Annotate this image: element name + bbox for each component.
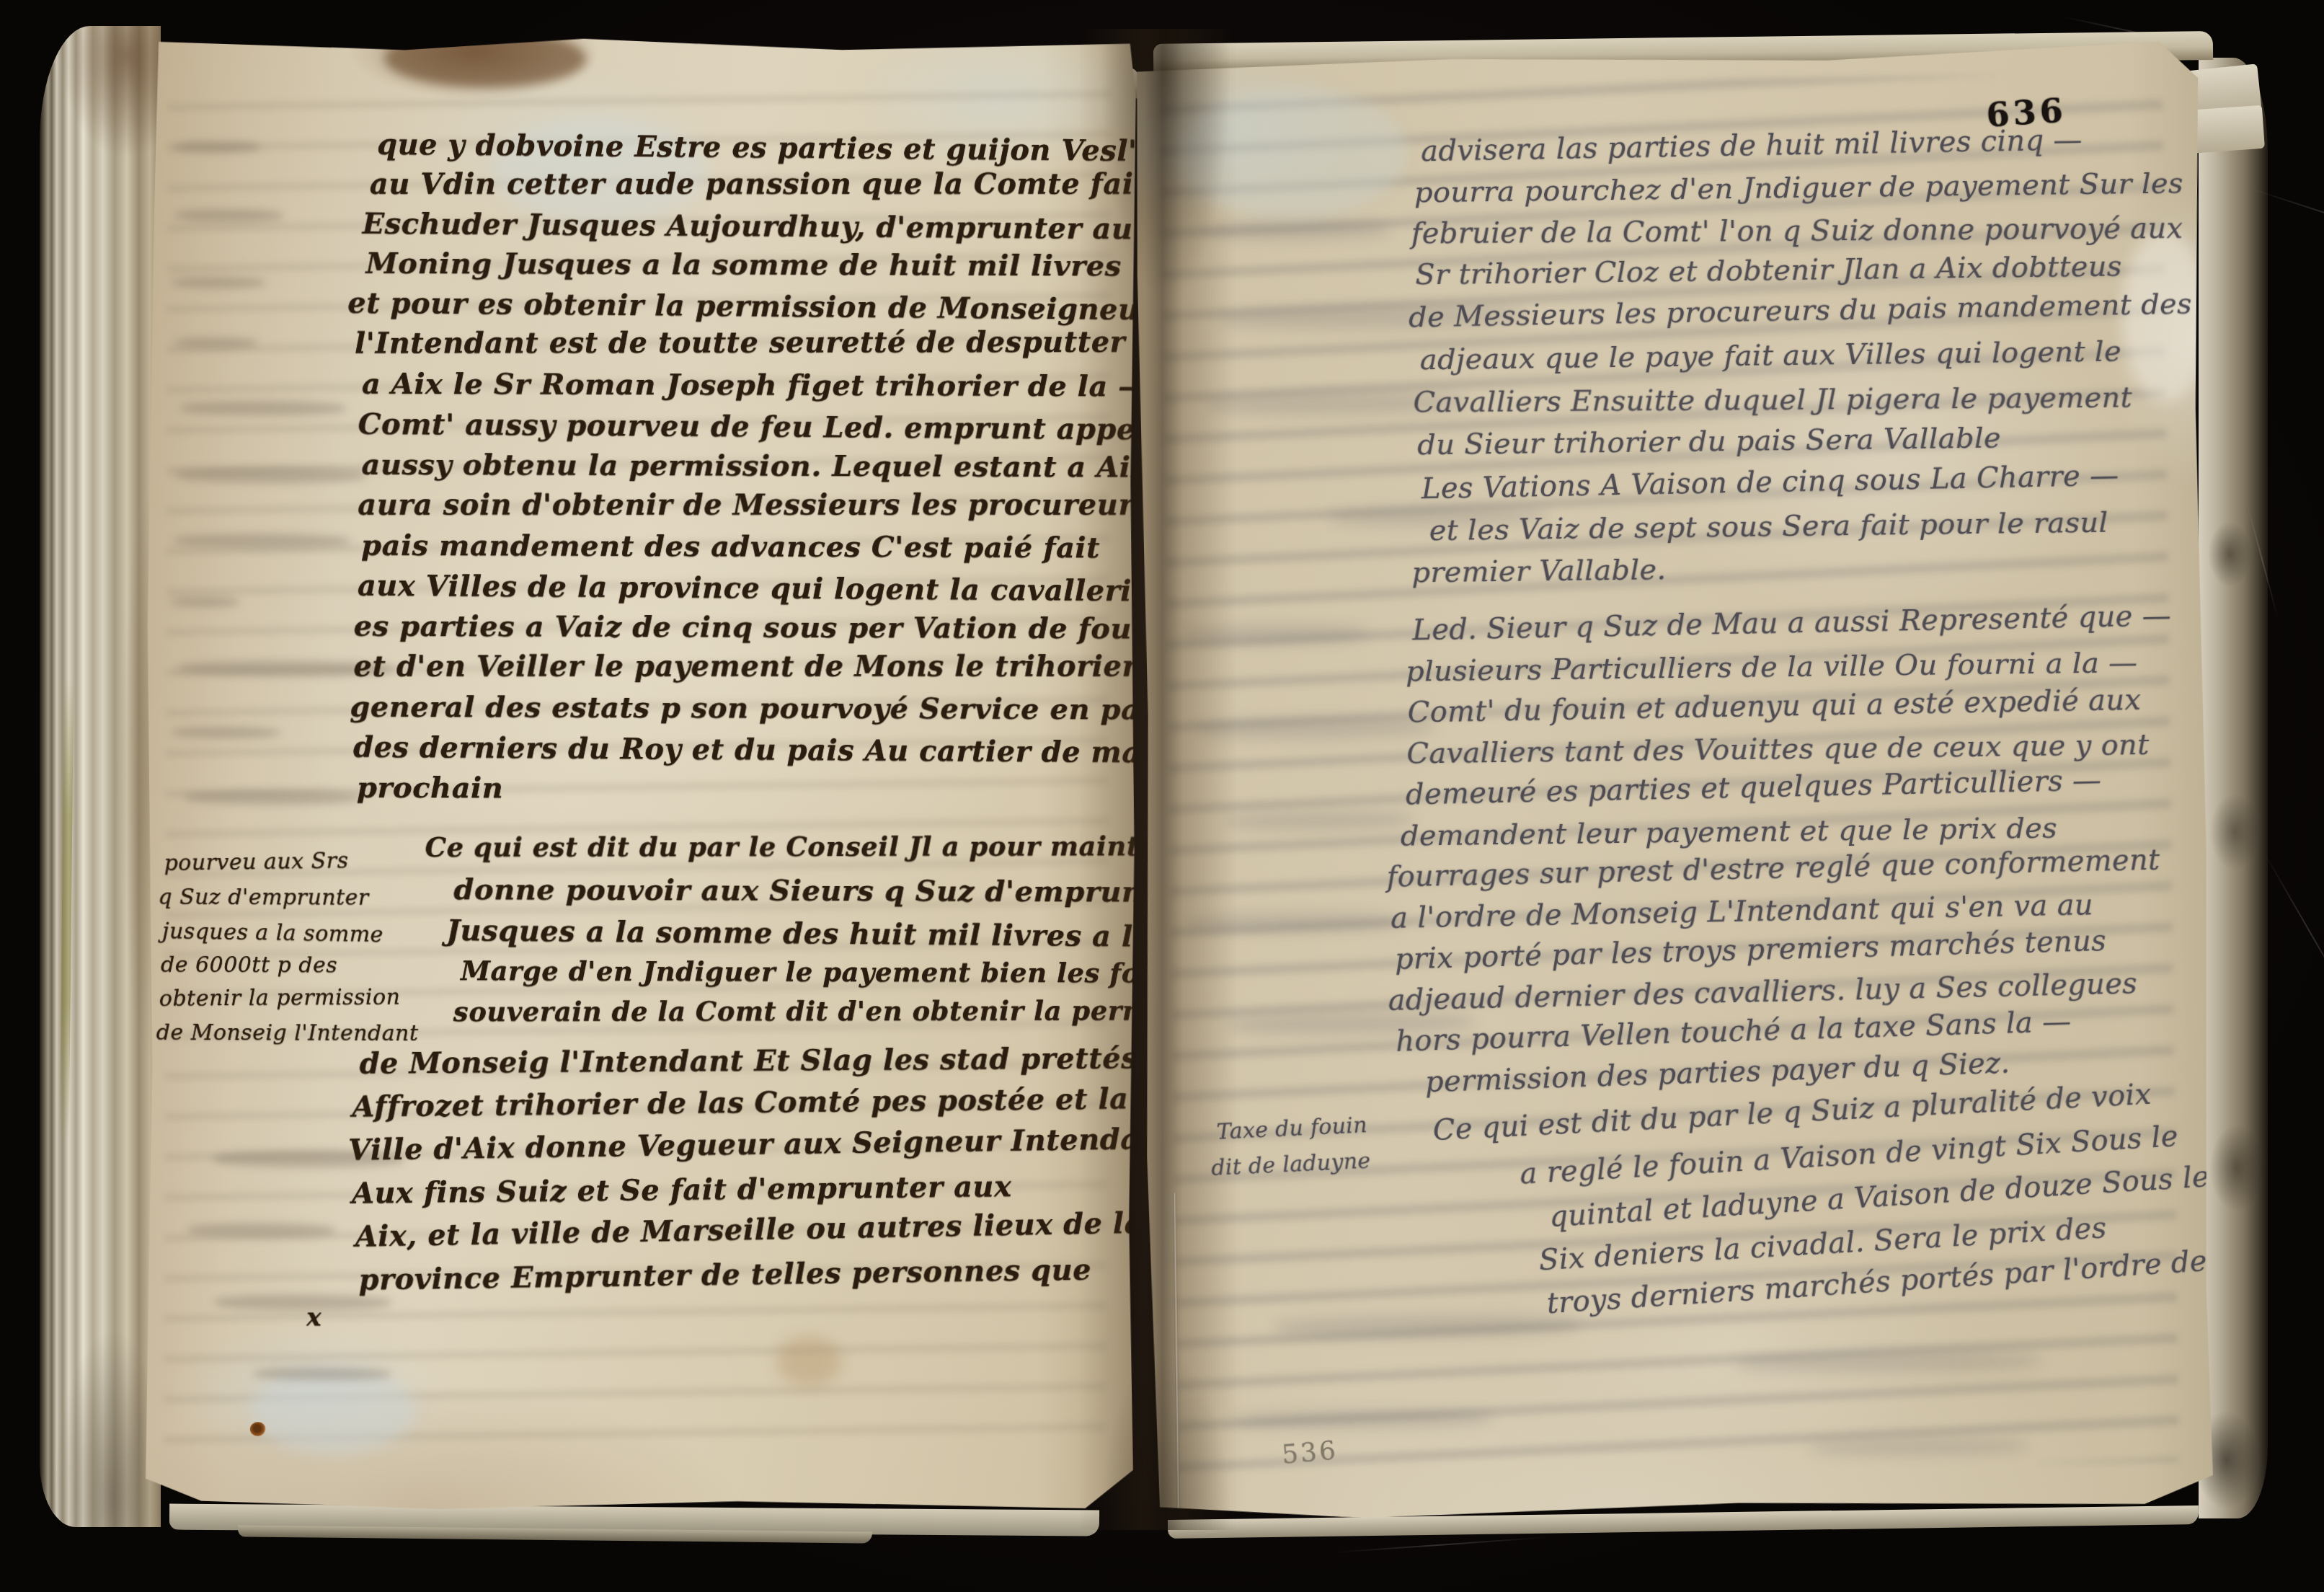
manuscript-line: demandent leur payement et que le prix d… — [1401, 814, 2058, 851]
manuscript-line: Ville d'Aix donne Vegueur aux Seigneur I… — [348, 1125, 1175, 1165]
manuscript-line: aux Villes de la province qui logent la … — [358, 572, 1190, 606]
manuscript-line: Ce qui est dit du par le Conseil Jl a po… — [425, 833, 1227, 861]
ink-bleed-smudge — [174, 534, 350, 549]
manuscript-line: adjeaux que le paye fait aux Villes qui … — [1420, 337, 2122, 374]
manuscript-line: Comt' aussy pourveu de feu Led. emprunt … — [358, 410, 1215, 445]
manuscript-line: es parties a Vaiz de cinq sous per Vatio… — [354, 612, 1221, 644]
left-page: que y dobvoine Estre es parties et guijo… — [141, 36, 1140, 1515]
stain — [776, 1336, 841, 1387]
manuscript-line: fourrages sur prest d'estre reglé que co… — [1386, 846, 2160, 892]
manuscript-line: Aux fins Suiz et Se fait d'emprunter aux — [352, 1172, 1012, 1208]
manuscript-line: februier de la Comt' l'on q Suiz donne p… — [1411, 214, 2183, 248]
manuscript-line: Led. Sieur q Suz de Mau a aussi Represen… — [1412, 601, 2171, 645]
manuscript-book-spread: que y dobvoine Estre es parties et guijo… — [0, 0, 2324, 1592]
manuscript-line: Jusques a la somme des huit mil livres a… — [446, 916, 1152, 952]
manuscript-line: souverain de la Comt dit d'en obtenir la… — [453, 997, 1241, 1025]
manuscript-line: premier Vallable. — [1411, 555, 1666, 587]
margin-note-line: Taxe du fouin — [1216, 1115, 1367, 1144]
ink-bleed-smudge — [171, 597, 239, 607]
page-fold-crease — [1173, 1193, 1181, 1525]
manuscript-line: general des estats p son pourvoyé Servic… — [350, 693, 1174, 725]
ink-bleed-smudge — [187, 1223, 335, 1238]
manuscript-line: de Monseig l'Intendant Et Slag les stad … — [359, 1043, 1218, 1078]
margin-note-line: obtenir la permission — [159, 986, 401, 1009]
ink-bleed-smudge — [1737, 1351, 2040, 1374]
photo-background: que y dobvoine Estre es parties et guijo… — [0, 0, 2324, 1592]
margin-note-line: de 6000tt p des — [161, 955, 337, 977]
ink-bleed-smudge — [172, 727, 280, 739]
manuscript-line: des derniers du Roy et du pais Au cartie… — [353, 733, 1158, 768]
manuscript-line: plusieurs Particulliers de la ville Ou f… — [1406, 648, 2138, 686]
margin-note-line: q Suz d'emprunter — [158, 887, 369, 909]
manuscript-line: donne pouvoir aux Sieurs q Suz d'emprunt… — [453, 875, 1191, 907]
manuscript-line: Moning Jusques a la somme de huit mil li… — [365, 249, 1121, 281]
ink-bleed-smudge — [1225, 810, 1413, 830]
manuscript-line: Cavalliers Ensuitte duquel Jl pigera le … — [1413, 383, 2132, 417]
manuscript-line: Comt' du fouin et aduenyu qui a esté exp… — [1407, 686, 2141, 728]
manuscript-line: Sr trihorier Cloz et dobtenir Jlan a Aix… — [1415, 252, 2122, 289]
ink-bleed-smudge — [254, 1367, 391, 1381]
manuscript-line: province Emprunter de telles personnes q… — [358, 1255, 1091, 1294]
manuscript-line: au Vdin cetter aude panssion que la Comt… — [370, 170, 1148, 199]
stain — [1175, 87, 1407, 220]
ink-bleed-smudge — [1275, 1314, 1578, 1339]
ink-bleed-smudge — [1201, 220, 1388, 241]
ink-bleed-smudge — [174, 141, 260, 153]
manuscript-line: Les Vations A Vaison de cinq sous La Cha… — [1422, 461, 2119, 504]
manuscript-line: demeuré es parties et quelques Particull… — [1406, 766, 2102, 809]
ink-bleed-smudge — [180, 401, 346, 416]
manuscript-line: et d'en Veiller le payement de Mons le t… — [354, 653, 1137, 681]
scratch — [2263, 852, 2324, 1014]
manuscript-line: pourra pourchez d'en Jndiguer de payemen… — [1414, 169, 2183, 207]
margin-note-line: de Monseig l'Intendant — [156, 1022, 419, 1045]
margin-note-line: pourveu aux Srs — [164, 850, 348, 875]
manuscript-line: a l'ordre de Monseig L'Intendant qui s'e… — [1391, 890, 2093, 933]
manuscript-line: Marge d'en Jndiguer le payement bien les… — [461, 958, 1215, 987]
manuscript-line: prochain — [357, 774, 503, 803]
manuscript-line: Cavalliers tant des Vouittes que de ceux… — [1406, 730, 2149, 769]
ink-bleed-smudge — [1233, 1408, 1493, 1430]
page-edge-stack-right — [2199, 58, 2268, 1518]
manuscript-line: advisera las parties de huit mil livres … — [1421, 125, 2083, 166]
ink-bleed-smudge — [1180, 624, 1367, 645]
manuscript-line: a Aix le Sr Roman Joseph figet trihorier… — [362, 370, 1148, 402]
manuscript-line: aussy obtenu la permission. Lequel estan… — [361, 451, 1187, 482]
manuscript-line: du Sieur trihorier du pais Sera Vallable — [1417, 423, 2001, 459]
manuscript-line: l'Intendant est de toutte seuretté de de… — [355, 328, 1125, 358]
manuscript-line: pais mandement des advances C'est paié f… — [361, 531, 1100, 563]
manuscript-line: prix porté par les troys premiers marché… — [1394, 927, 2106, 974]
manuscript-line: que y dobvoine Estre es parties et guijo… — [377, 131, 1177, 167]
ink-bleed-smudge — [174, 337, 257, 348]
margin-note-line: dit de laduyne — [1211, 1151, 1371, 1180]
wormhole — [250, 1422, 266, 1436]
manuscript-line: aura soin d'obtenir de Messieurs les pro… — [358, 491, 1202, 520]
stray-ink-mark: x — [306, 1305, 321, 1330]
ink-bleed-smudge — [1184, 912, 1400, 934]
page-edge-stack-left — [40, 26, 161, 1527]
manuscript-line: et pour es obtenir la permission de Mons… — [347, 289, 1194, 325]
ink-bleed-smudge — [175, 209, 283, 223]
manuscript-line: Eschuder Jusques Aujourdhuy, d'emprunter… — [363, 210, 1173, 244]
scratch — [1334, 1536, 1549, 1553]
manuscript-line: de Messieurs les procureurs du pais mand… — [1409, 289, 2231, 332]
manuscript-line: et les Vaiz de sept sous Sera fait pour … — [1429, 508, 2108, 546]
manuscript-line: Affrozet trihorier de las Comté pes post… — [352, 1084, 1129, 1121]
right-page: 636 536 advisera las parties de huit mil… — [1132, 41, 2220, 1525]
folio-number-pencil: 536 — [1281, 1438, 1339, 1468]
margin-note-line: jusques a la somme — [162, 921, 383, 946]
ink-bleed-smudge — [172, 277, 265, 288]
ink-bleed-smudge — [185, 790, 361, 805]
ink-bleed-smudge — [1810, 1438, 2026, 1456]
ink-bleed-smudge — [175, 467, 366, 484]
ink-bleed-smudge — [1196, 717, 1434, 740]
manuscript-line: Aix, et la ville de Marseille ou autres … — [355, 1209, 1143, 1252]
stain — [384, 30, 586, 88]
